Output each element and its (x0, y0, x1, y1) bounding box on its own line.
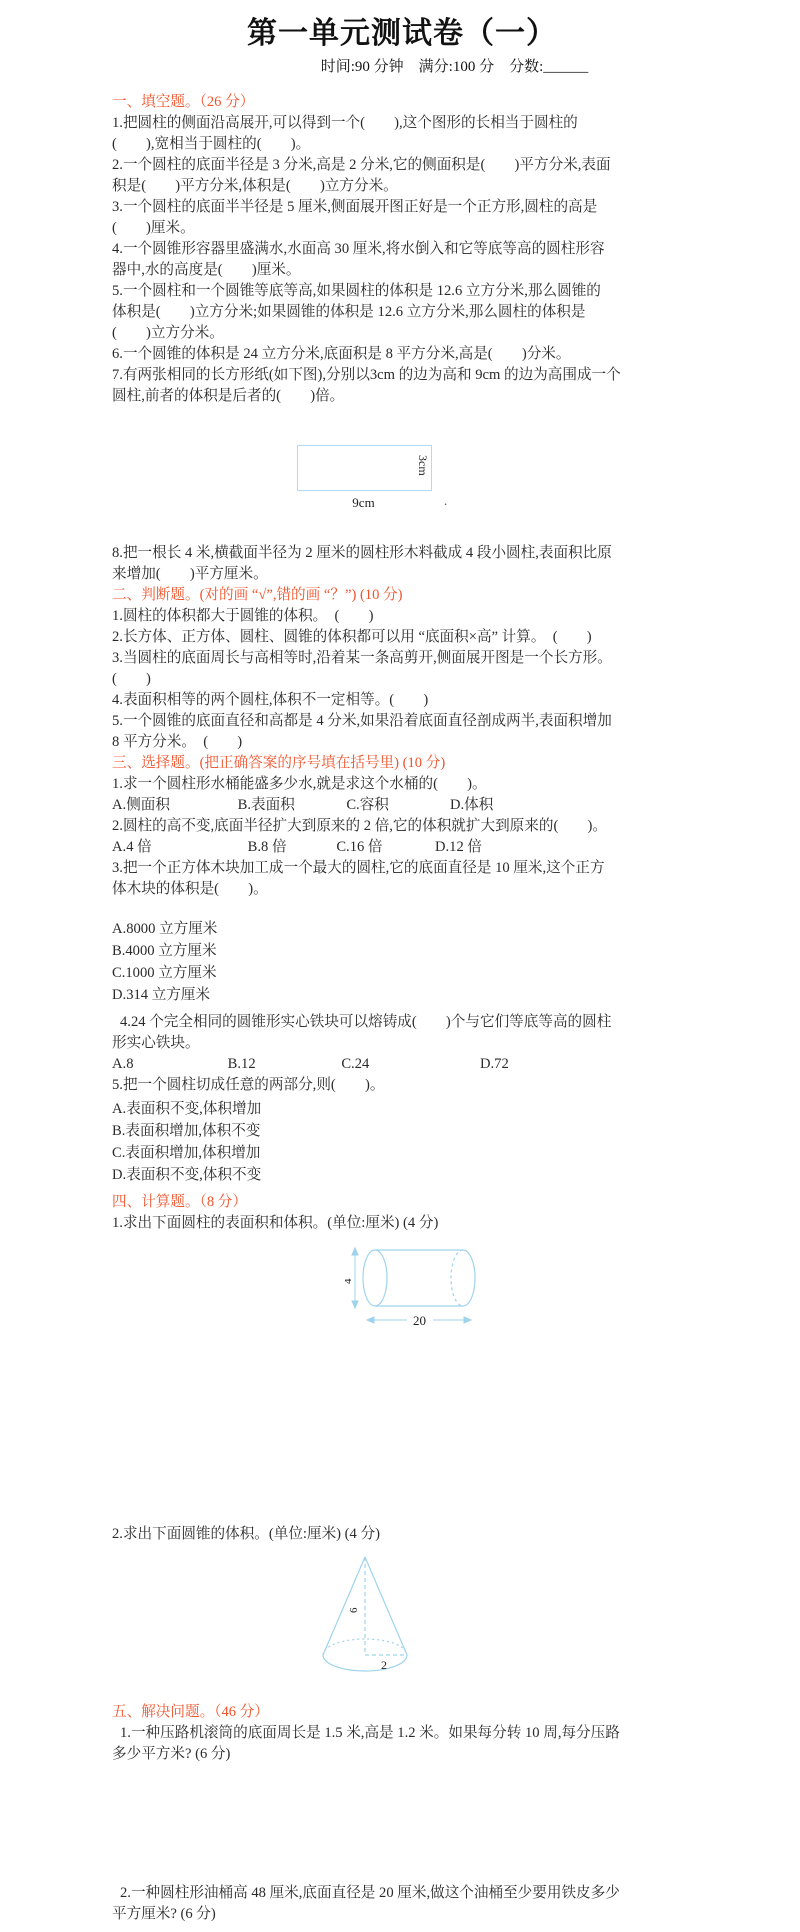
page-title: 第一单元测试卷（一） (112, 14, 692, 54)
cylinder-length-label: 20 (413, 1313, 426, 1328)
question-line: 形实心铁块。 (112, 1033, 692, 1054)
option: C.16 倍 (336, 837, 431, 858)
section1-heading: 一、填空题。（26 分） (112, 92, 692, 113)
cone-shape (323, 1557, 407, 1671)
option: D.表面积不变,体积不变 (112, 1164, 692, 1186)
question-line: 平方厘米? (6 分) (112, 1904, 692, 1925)
question-line: 器中,水的高度是( )厘米。 (112, 260, 692, 281)
option: B.表面积增加,体积不变 (112, 1120, 692, 1142)
section3-heading: 三、选择题。(把正确答案的序号填在括号里) (10 分) (112, 753, 692, 774)
option: C.表面积增加,体积增加 (112, 1142, 692, 1164)
option: D.72 (480, 1054, 509, 1075)
cylinder-shape (363, 1250, 475, 1306)
question-line: 2.一种圆柱形油桶高 48 厘米,底面直径是 20 厘米,做这个油桶至少要用铁皮… (112, 1883, 692, 1904)
test-paper-page: 第一单元测试卷（一） 时间:90 分钟 满分:100 分 分数:______ 一… (0, 0, 800, 1932)
question-line: 6.一个圆锥的体积是 24 立方分米,底面积是 8 平方分米,高是( )分米。 (112, 344, 692, 365)
question-line: 1.求出下面圆柱的表面积和体积。(单位:厘米) (4 分) (112, 1213, 692, 1234)
question-line: 1.圆柱的体积都大于圆锥的体积。 ( ) (112, 606, 692, 627)
option: B.4000 立方厘米 (112, 940, 692, 962)
option: A.8000 立方厘米 (112, 918, 692, 940)
problem-2: 2.一种圆柱形油桶高 48 厘米,底面直径是 20 厘米,做这个油桶至少要用铁皮… (112, 1883, 692, 1925)
option: C.1000 立方厘米 (112, 962, 692, 984)
question-line: ( )立方分米。 (112, 323, 692, 344)
option: B.8 倍 (248, 837, 333, 858)
cone-radius-label: 2 (381, 1658, 387, 1672)
question-line: 1.一种压路机滚筒的底面周长是 1.5 米,高是 1.2 米。如果每分转 10 … (112, 1723, 692, 1744)
question-line: 来增加( )平方厘米。 (112, 564, 692, 585)
question-line: 1.把圆柱的侧面沿高展开,可以得到一个( ),这个图形的长相当于圆柱的 (112, 113, 692, 134)
question-line: 体积是( )立方分米;如果圆锥的体积是 12.6 立方分米,那么圆柱的体积是 (112, 302, 692, 323)
stray-period: . (444, 493, 447, 509)
options-stack: A.8000 立方厘米 B.4000 立方厘米 C.1000 立方厘米 D.31… (112, 918, 692, 1006)
question-line: 2.长方体、正方体、圆柱、圆锥的体积都可以用 “底面积×高” 计算。 ( ) (112, 627, 692, 648)
options-row: A.侧面积 B.表面积 C.容积 D.体积 (112, 795, 692, 816)
question-line: 多少平方米? (6 分) (112, 1744, 692, 1765)
option: B.表面积 (238, 795, 343, 816)
cone-figure: 6 2 (307, 1551, 692, 1684)
question-line: 2.求出下面圆锥的体积。(单位:厘米) (4 分) (112, 1524, 692, 1545)
section5-heading: 五、解决问题。（46 分） (112, 1702, 692, 1723)
section4-heading: 四、计算题。（8 分） (112, 1192, 692, 1213)
question-line: 8.把一根长 4 米,横截面半径为 2 厘米的圆柱形木料截成 4 段小圆柱,表面… (112, 543, 692, 564)
question-line: 圆柱,前者的体积是后者的( )倍。 (112, 386, 692, 407)
question-line: 8 平方分米。 ( ) (112, 732, 692, 753)
question-line: 2.圆柱的高不变,底面半径扩大到原来的 2 倍,它的体积就扩大到原来的( )。 (112, 816, 692, 837)
question-line: ( ),宽相当于圆柱的( )。 (112, 134, 692, 155)
option: B.12 (228, 1054, 338, 1075)
question-line: 5.一个圆锥的底面直径和高都是 4 分米,如果沿着底面直径剖成两半,表面积增加 (112, 711, 692, 732)
cone-drawing: 6 2 (307, 1551, 423, 1679)
question-line: 4.24 个完全相同的圆锥形实心铁块可以熔铸成( )个与它们等底等高的圆柱 (112, 1012, 692, 1033)
section-problem-solving: 五、解决问题。（46 分） 1.一种压路机滚筒的底面周长是 1.5 米,高是 1… (112, 1702, 692, 1925)
question-line: 7.有两张相同的长方形纸(如下图),分别以3cm 的边为高和 9cm 的边为高围… (112, 365, 692, 386)
option: D.体积 (450, 795, 493, 816)
question-line: 2.一个圆柱的底面半径是 3 分米,高是 2 分米,它的侧面积是( )平方分米,… (112, 155, 692, 176)
question-line: 3.把一个正方体木块加工成一个最大的圆柱,它的底面直径是 10 厘米,这个正方 (112, 858, 692, 879)
question-line: 5.一个圆柱和一个圆锥等底等高,如果圆柱的体积是 12.6 立方分米,那么圆锥的 (112, 281, 692, 302)
question-line: 1.求一个圆柱形水桶能盛多少水,就是求这个水桶的( )。 (112, 774, 692, 795)
cone-height-label: 6 (348, 1607, 360, 1613)
question-line: 积是( )平方分米,体积是( )立方分米。 (112, 176, 692, 197)
rect-width-label: 9cm (297, 495, 430, 511)
rectangle-shape (297, 445, 432, 491)
question-line: ( ) (112, 669, 692, 690)
options-row: A.8 B.12 C.24 D.72 (112, 1054, 692, 1075)
rect-height-label: 3cm (415, 455, 430, 476)
exam-meta: 时间:90 分钟 满分:100 分 分数:______ (112, 56, 692, 78)
section-calculation: 四、计算题。（8 分） 1.求出下面圆柱的表面积和体积。(单位:厘米) (4 分… (112, 1192, 692, 1684)
section-true-false: 二、判断题。(对的画 “√”,错的画 “？”) (10 分) 1.圆柱的体积都大… (112, 585, 692, 753)
question-line: 3.当圆柱的底面周长与高相等时,沿着某一条高剪开,侧面展开图是一个长方形。 (112, 648, 692, 669)
problem-1: 1.一种压路机滚筒的底面周长是 1.5 米,高是 1.2 米。如果每分转 10 … (112, 1723, 692, 1765)
option: A.4 倍 (112, 837, 244, 858)
question-line: 5.把一个圆柱切成任意的两部分,则( )。 (112, 1075, 692, 1096)
option: A.8 (112, 1054, 224, 1075)
section-multiple-choice: 三、选择题。(把正确答案的序号填在括号里) (10 分) 1.求一个圆柱形水桶能… (112, 753, 692, 1186)
question-line: 4.一个圆锥形容器里盛满水,水面高 30 厘米,将水倒入和它等底等高的圆柱形容 (112, 239, 692, 260)
section2-heading: 二、判断题。(对的画 “√”,错的画 “？”) (10 分) (112, 585, 692, 606)
option: C.容积 (346, 795, 446, 816)
cylinder-drawing: 4 20 (345, 1246, 495, 1334)
option: D.12 倍 (435, 837, 482, 858)
option: D.314 立方厘米 (112, 984, 692, 1006)
options-row: A.4 倍 B.8 倍 C.16 倍 D.12 倍 (112, 837, 692, 858)
question-line: 体木块的体积是( )。 (112, 879, 692, 900)
option: A.表面积不变,体积增加 (112, 1098, 692, 1120)
rectangle-figure: 9cm 3cm . (112, 445, 692, 517)
cylinder-height-label: 4 (345, 1278, 354, 1284)
cylinder-figure: 4 20 (345, 1246, 692, 1339)
question-line: 4.表面积相等的两个圆柱,体积不一定相等。( ) (112, 690, 692, 711)
options-stack: A.表面积不变,体积增加 B.表面积增加,体积不变 C.表面积增加,体积增加 D… (112, 1098, 692, 1186)
question-line: 3.一个圆柱的底面半半径是 5 厘米,侧面展开图正好是一个正方形,圆柱的高是 (112, 197, 692, 218)
option: A.侧面积 (112, 795, 234, 816)
dimension-lines (352, 1248, 471, 1323)
section-fill-blanks: 一、填空题。（26 分） 1.把圆柱的侧面沿高展开,可以得到一个( ),这个图形… (112, 92, 692, 585)
option: C.24 (341, 1054, 476, 1075)
question-line: ( )厘米。 (112, 218, 692, 239)
